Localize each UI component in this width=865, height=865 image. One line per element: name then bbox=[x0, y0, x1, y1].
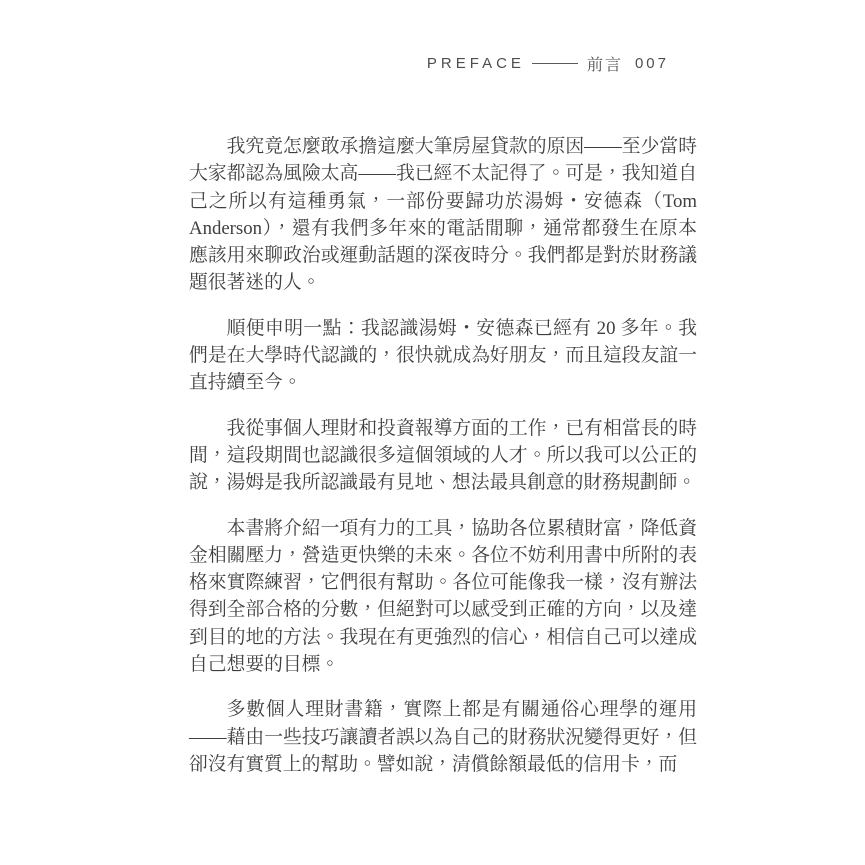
page-number: 007 bbox=[635, 55, 669, 72]
paragraph: 我究竟怎麼敢承擔這麼大筆房屋貸款的原因——至少當時大家都認為風險太高——我已經不… bbox=[189, 133, 697, 297]
header-dash-rule bbox=[532, 63, 578, 64]
preface-label: PREFACE bbox=[427, 55, 525, 72]
paragraph: 本書將介紹一項有力的工具，協助各位累積財富，降低資金相關壓力，營造更快樂的未來。… bbox=[189, 515, 697, 679]
page-header: PREFACE 前言 007 bbox=[427, 52, 669, 75]
paragraph: 順便申明一點：我認識湯姆・安德森已經有 20 多年。我們是在大學時代認識的，很快… bbox=[189, 315, 697, 397]
paragraph: 多數個人理財書籍，實際上都是有關通俗心理學的運用——藉由一些技巧讓讀者誤以為自己… bbox=[189, 696, 697, 778]
paragraph: 我從事個人理財和投資報導方面的工作，已有相當長的時間，這段期間也認識很多這個領域… bbox=[189, 415, 697, 497]
page-body: 我究竟怎麼敢承擔這麼大筆房屋貸款的原因——至少當時大家都認為風險太高——我已經不… bbox=[189, 133, 697, 778]
section-title: 前言 bbox=[587, 52, 623, 75]
book-page: PREFACE 前言 007 我究竟怎麼敢承擔這麼大筆房屋貸款的原因——至少當時… bbox=[0, 0, 865, 865]
